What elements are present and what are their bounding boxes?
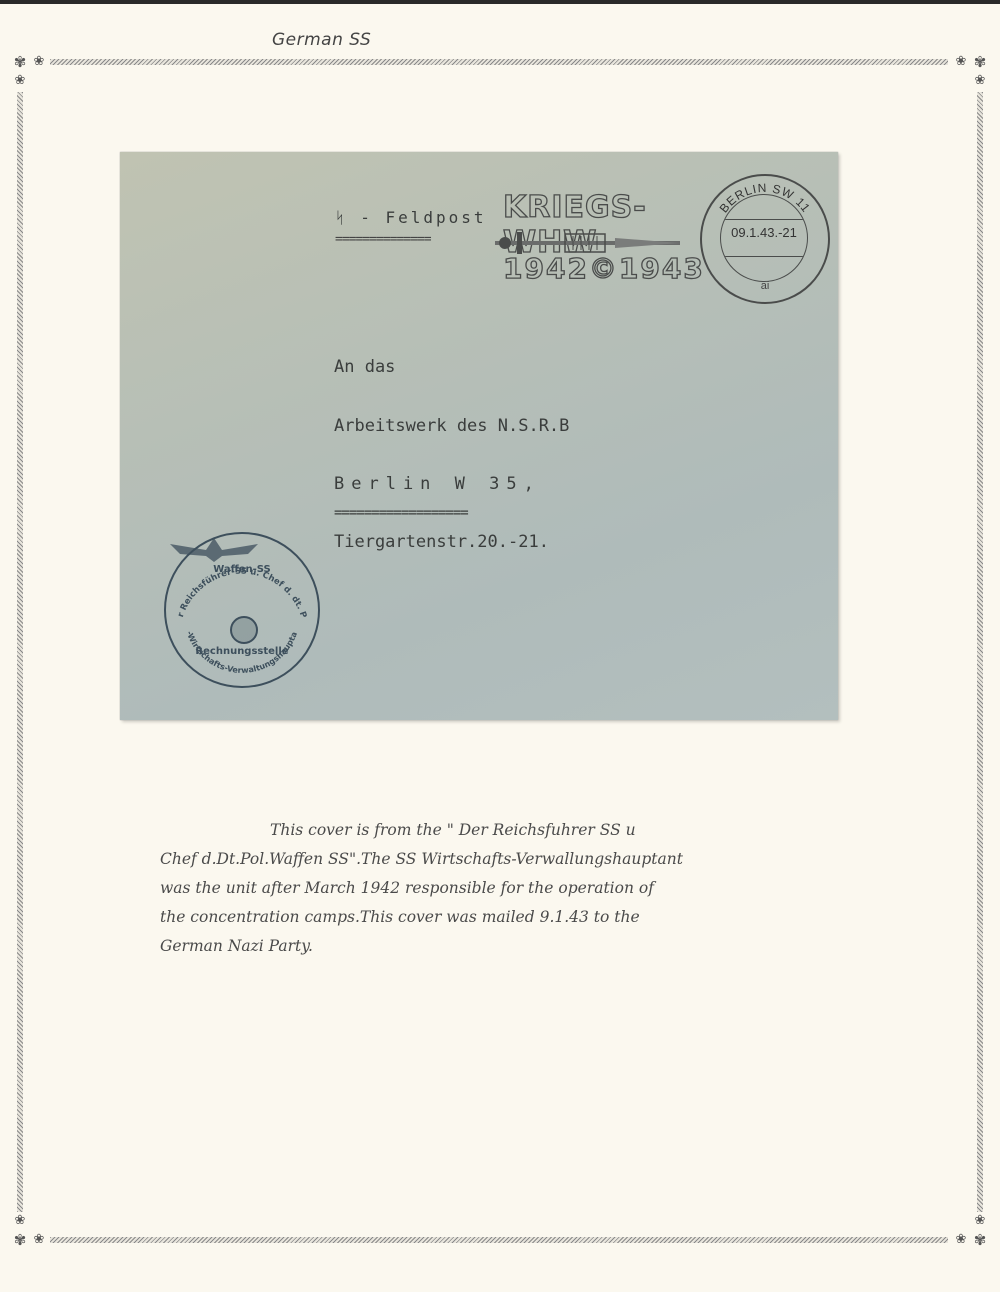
page-title: German SS — [272, 30, 371, 50]
flower-ornament-icon: ❀ — [13, 1214, 27, 1228]
caption-line: German Nazi Party. — [160, 932, 800, 961]
flower-ornament-icon: ❀ — [973, 74, 987, 88]
address-line-4: Tiergartenstr.20.-21. — [334, 532, 549, 552]
address-line-1: An das — [334, 357, 395, 377]
cds-inner-ring: 09.1.43.-21 — [720, 194, 808, 282]
eagle-emblem-icon — [166, 534, 262, 562]
slogan-bottom-text: 1942©1943 — [503, 252, 705, 285]
cds-date: 09.1.43.-21 — [721, 225, 807, 240]
corner-ornament-icon: ✾ — [972, 54, 988, 70]
flower-ornament-icon: ❀ — [954, 55, 968, 69]
border-top-rule — [50, 59, 948, 65]
caption-line: Chef d.Dt.Pol.Waffen SS".The SS Wirtscha… — [160, 845, 800, 874]
flower-ornament-icon: ❀ — [13, 74, 27, 88]
flower-ornament-icon: ❀ — [32, 1233, 46, 1247]
corner-ornament-icon: ✾ — [12, 54, 28, 70]
scan-top-edge — [0, 0, 1000, 4]
border-left-rule — [17, 92, 23, 1212]
corner-ornament-icon: ✾ — [972, 1232, 988, 1248]
album-caption: This cover is from the " Der Reichsfuhre… — [160, 816, 800, 961]
border-right-rule — [977, 92, 983, 1212]
address-underline: ================== — [334, 505, 468, 521]
official-seal: Der Reichsführer-SS u. Chef d. dt. Pol. … — [164, 532, 320, 688]
cds-code: ai — [702, 280, 828, 292]
seal-upper-text: Waffen-SS — [166, 564, 318, 575]
caption-line: was the unit after March 1942 responsibl… — [160, 874, 800, 903]
envelope-cover: ᛋ - Feldpost ============== KRIEGS-WHW 1… — [120, 152, 838, 720]
feldpost-underline: ============== — [335, 232, 431, 247]
flower-ornament-icon: ❀ — [973, 1214, 987, 1228]
slogan-cancel: KRIEGS-WHW 1942©1943 — [495, 190, 685, 295]
caption-line: This cover is from the " Der Reichsfuhre… — [160, 816, 800, 845]
seal-lower-text: Rechnungsstelle — [166, 646, 318, 657]
caption-line: the concentration camps.This cover was m… — [160, 903, 800, 932]
seal-center-emblem-placeholder — [230, 616, 258, 644]
address-line-3: Berlin W 35, — [334, 474, 541, 494]
border-bottom-rule — [50, 1237, 948, 1243]
circular-date-stamp: BERLIN SW 11 09.1.43.-21 ai — [700, 174, 830, 304]
flower-ornament-icon: ❀ — [32, 55, 46, 69]
corner-ornament-icon: ✾ — [12, 1232, 28, 1248]
flower-ornament-icon: ❀ — [954, 1233, 968, 1247]
address-line-2: Arbeitswerk des N.S.R.B — [334, 416, 569, 436]
feldpost-label: ᛋ - Feldpost — [335, 208, 487, 227]
